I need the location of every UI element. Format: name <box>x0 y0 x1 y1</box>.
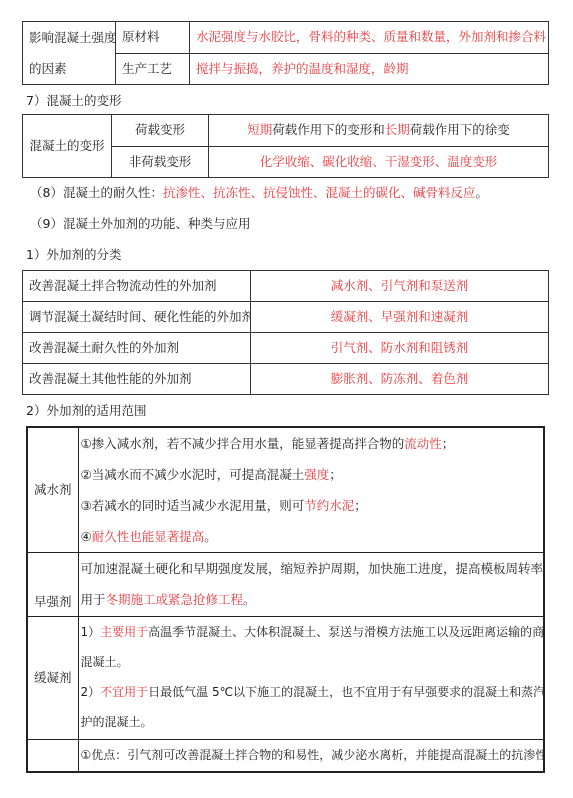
factor-detail-cell: 水泥强度与水胶比，骨料的种类、质量和数量，外加剂和掺合料 <box>190 22 549 54</box>
purpose-cell: 改善混凝土耐久性的外加剂 <box>23 333 251 364</box>
purpose-cell: 改善混凝土拌合物流动性的外加剂 <box>23 271 251 302</box>
types-cell: 膨胀剂、防冻剂、着色剂 <box>251 364 549 395</box>
factor-detail-cell: 搅拌与振捣，养护的温度和湿度，龄期 <box>190 53 549 85</box>
early-strength-detail: 可加速混凝土硬化和早期强度发展，缩短养护周期，加快施工进度，提高模板周转率，多 … <box>78 553 544 617</box>
early-strength-line-2: 用于冬期施工或紧急抢修工程。 <box>81 584 542 615</box>
deformation-detail-cell: 化学收缩、碳化收缩、干湿变形、温度变形 <box>209 147 549 178</box>
air-entraining-label <box>27 740 78 772</box>
factor-cell: 原材料 <box>116 22 190 54</box>
strength-factors-label-line2: 的因素 <box>29 53 109 84</box>
retarder-point-1-cont: 混凝土。 <box>81 647 542 677</box>
deformation-detail-cell: 短期荷载作用下的变形和长期荷载作用下的徐变 <box>209 115 549 147</box>
deformation-type-cell: 荷载变形 <box>112 115 209 147</box>
water-reducer-label: 减水剂 <box>27 427 78 553</box>
early-strength-label: 早强剂 <box>27 553 78 617</box>
classification-table: 改善混凝土拌合物流动性的外加剂 减水剂、引气剂和泵送剂 调节混凝土凝结时间、硬化… <box>22 270 549 395</box>
table-row-air-entraining: ①优点：引气剂可改善混凝土拌合物的和易性，减少泌水离析，并能提高混凝土的抗渗性 <box>27 740 544 772</box>
strength-factors-label-line1: 影响混凝土强度 <box>29 22 109 53</box>
plain-text: 荷载作用下的变形和 <box>272 122 385 137</box>
durability-suffix: 。 <box>475 185 488 200</box>
table-row: 调节混凝土凝结时间、硬化性能的外加剂 缓凝剂、早强剂和速凝剂 <box>23 302 549 333</box>
table-row-retarder: 缓凝剂 1）主要用于高温季节混凝土、大体积混凝土、泵送与滑模方法施工以及远距离运… <box>27 617 544 740</box>
durability-line: （8）混凝土的耐久性：抗渗性、抗冻性、抗侵蚀性、混凝土的碳化、碱骨料反应。 <box>30 187 488 200</box>
retarder-detail: 1）主要用于高温季节混凝土、大体积混凝土、泵送与滑模方法施工以及远距离运输的商品… <box>78 617 544 740</box>
deformation-label-cell: 混凝土的变形 <box>23 115 112 178</box>
deformation-type-cell: 非荷载变形 <box>112 147 209 178</box>
retarder-point-1: 1）主要用于高温季节混凝土、大体积混凝土、泵送与滑模方法施工以及远距离运输的商品 <box>81 617 542 647</box>
application-table: 减水剂 ①掺入减水剂，若不减少拌合用水量，能显著提高拌合物的流动性； ②当减水而… <box>26 426 545 773</box>
highlight-text: 短期 <box>247 122 272 137</box>
factor-cell: 生产工艺 <box>116 53 190 85</box>
types-cell: 减水剂、引气剂和泵送剂 <box>251 271 549 302</box>
application-heading: 2）外加剂的适用范围 <box>26 405 146 418</box>
table-row-early-strength: 早强剂 可加速混凝土硬化和早期强度发展，缩短养护周期，加快施工进度，提高模板周转… <box>27 553 544 617</box>
early-strength-line-1: 可加速混凝土硬化和早期强度发展，缩短养护周期，加快施工进度，提高模板周转率，多 <box>81 553 542 584</box>
water-reducer-point-3: ③若减水的同时适当减少水泥用量，则可节约水泥； <box>81 490 542 521</box>
durability-prefix: （8）混凝土的耐久性： <box>30 185 163 200</box>
retarder-point-2-cont: 护的混凝土。 <box>81 707 542 737</box>
table-row: 改善混凝土其他性能的外加剂 膨胀剂、防冻剂、着色剂 <box>23 364 549 395</box>
strength-factors-table: 影响混凝土强度 的因素 原材料 水泥强度与水胶比，骨料的种类、质量和数量，外加剂… <box>22 21 549 85</box>
water-reducer-detail: ①掺入减水剂，若不减少拌合用水量，能显著提高拌合物的流动性； ②当减水而不减少水… <box>78 427 544 553</box>
retarder-point-2: 2）不宜用于日最低气温 5℃以下施工的混凝土，也不宜用于有早强要求的混凝土和蒸汽… <box>81 677 542 707</box>
retarder-label: 缓凝剂 <box>27 617 78 740</box>
types-cell: 缓凝剂、早强剂和速凝剂 <box>251 302 549 333</box>
water-reducer-point-1: ①掺入减水剂，若不减少拌合用水量，能显著提高拌合物的流动性； <box>81 428 542 459</box>
purpose-cell: 改善混凝土其他性能的外加剂 <box>23 364 251 395</box>
purpose-cell: 调节混凝土凝结时间、硬化性能的外加剂 <box>23 302 251 333</box>
deformation-heading: 7）混凝土的变形 <box>26 95 121 108</box>
deformation-table: 混凝土的变形 荷载变形 短期荷载作用下的变形和长期荷载作用下的徐变 非荷载变形 … <box>22 114 549 178</box>
plain-text: 荷载作用下的徐变 <box>410 122 510 137</box>
admixture-heading: （9）混凝土外加剂的功能、种类与应用 <box>30 218 250 231</box>
highlight-text: 长期 <box>385 122 410 137</box>
types-cell: 引气剂、防水剂和阻锈剂 <box>251 333 549 364</box>
water-reducer-point-2: ②当减水而不减少水泥时，可提高混凝土强度； <box>81 459 542 490</box>
air-entraining-detail: ①优点：引气剂可改善混凝土拌合物的和易性，减少泌水离析，并能提高混凝土的抗渗性 <box>78 740 544 772</box>
table-row: 改善混凝土耐久性的外加剂 引气剂、防水剂和阻锈剂 <box>23 333 549 364</box>
classification-heading: 1）外加剂的分类 <box>26 249 121 262</box>
table-row-water-reducer: 减水剂 ①掺入减水剂，若不减少拌合用水量，能显著提高拌合物的流动性； ②当减水而… <box>27 427 544 553</box>
water-reducer-point-4: ④耐久性也能显著提高。 <box>81 521 542 552</box>
durability-items: 抗渗性、抗冻性、抗侵蚀性、混凝土的碳化、碱骨料反应 <box>163 185 476 200</box>
table-row: 改善混凝土拌合物流动性的外加剂 减水剂、引气剂和泵送剂 <box>23 271 549 302</box>
strength-factors-label-cell: 影响混凝土强度 的因素 <box>23 22 116 85</box>
